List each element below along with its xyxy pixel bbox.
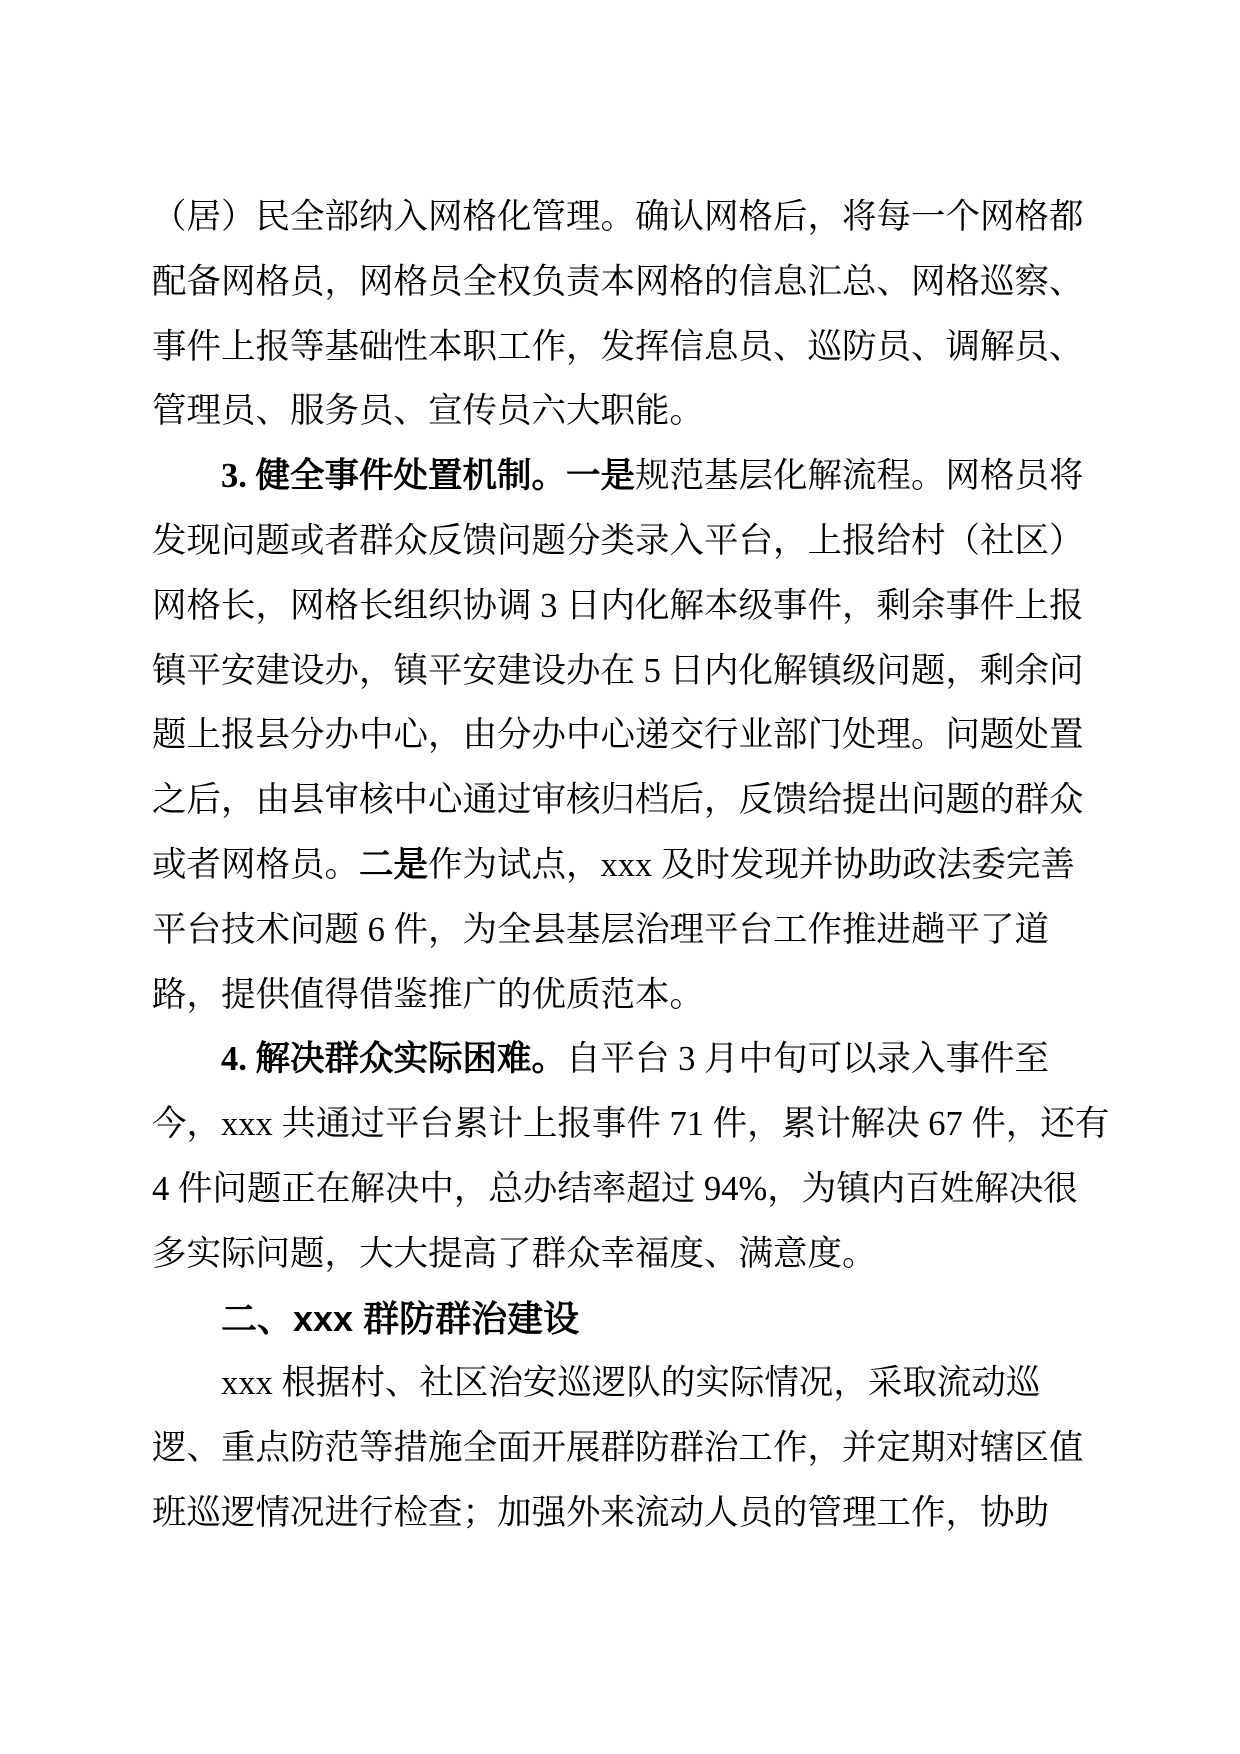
text-line: 镇平安建设办，镇平安建设办在 5 日内化解镇级问题，剩余问 [152,639,1092,704]
text-line: 4 件问题正在解决中，总办结率超过 94%，为镇内百姓解决很 [152,1157,1092,1222]
text-line: 平台技术问题 6 件，为全县基层治理平台工作推进趟平了道 [152,898,1092,963]
text-run: 管理员、服务员、宣传员六大职能。 [152,392,704,430]
text-line: 事件上报等基础性本职工作，发挥信息员、巡防员、调解员、 [152,315,1092,380]
text-line: 管理员、服务员、宣传员六大职能。 [152,379,1092,444]
section-heading-2: 二、xxx 群防群治建设 [152,1287,1092,1352]
text-run: 规范基层化解流程。网格员将 [635,457,1084,495]
text-run: 发现问题或者群众反馈问题分类录入平台，上报给村（社区） [152,522,1084,560]
text-run: 平台技术问题 6 件，为全县基层治理平台工作推进趟平了道 [152,911,1049,949]
text-run: 配备网格员，网格员全权负责本网格的信息汇总、网格巡察、 [152,263,1084,301]
document-page: （居）民全部纳入网格化管理。确认网格后，将每一个网格都配备网格员，网格员全权负责… [0,0,1240,1754]
paragraph-grid-management: （居）民全部纳入网格化管理。确认网格后，将每一个网格都配备网格员，网格员全权负责… [152,185,1092,444]
text-run: xxx 根据村、社区治安巡逻队的实际情况，采取流动巡 [221,1364,1040,1402]
text-run: 作为试点，xxx 及时发现并协助政法委完善 [428,846,1075,884]
text-run: 之后，由县审核中心通过审核归档后，反馈给提出问题的群众 [152,781,1084,819]
text-line: xxx 根据村、社区治安巡逻队的实际情况，采取流动巡 [152,1351,1092,1416]
text-run: 自平台 3 月中旬可以录入事件至 [566,1040,1049,1078]
text-run: 4 件问题正在解决中，总办结率超过 94%，为镇内百姓解决很 [152,1170,1078,1208]
text-line: 二、xxx 群防群治建设 [152,1287,1092,1352]
paragraph-patrol-defense: xxx 根据村、社区治安巡逻队的实际情况，采取流动巡逻、重点防范等措施全面开展群… [152,1351,1092,1545]
text-line: 多实际问题，大大提高了群众幸福度、满意度。 [152,1222,1092,1287]
text-line: 今，xxx 共通过平台累计上报事件 71 件，累计解决 67 件，还有 [152,1092,1092,1157]
text-run: （居）民全部纳入网格化管理。确认网格后，将每一个网格都 [152,198,1084,236]
text-line: 4. 解决群众实际困难。自平台 3 月中旬可以录入事件至 [152,1027,1092,1092]
text-line: 配备网格员，网格员全权负责本网格的信息汇总、网格巡察、 [152,250,1092,315]
text-line: 之后，由县审核中心通过审核归档后，反馈给提出问题的群众 [152,768,1092,833]
text-run: 今，xxx 共通过平台累计上报事件 71 件，累计解决 67 件，还有 [152,1105,1109,1143]
bold-run: 3. 健全事件处置机制。 [221,457,566,495]
paragraph-4-solving-difficulties: 4. 解决群众实际困难。自平台 3 月中旬可以录入事件至今，xxx 共通过平台累… [152,1027,1092,1286]
text-line: 路，提供值得借鉴推广的优质范本。 [152,963,1092,1028]
text-line: 网格长，网格长组织协调 3 日内化解本级事件，剩余事件上报 [152,574,1092,639]
text-line: 3. 健全事件处置机制。一是规范基层化解流程。网格员将 [152,444,1092,509]
text-run: 网格长，网格长组织协调 3 日内化解本级事件，剩余事件上报 [152,587,1084,625]
text-run: 事件上报等基础性本职工作，发挥信息员、巡防员、调解员、 [152,328,1084,366]
section-heading-text: 二、xxx 群防群治建设 [221,1298,579,1339]
text-line: （居）民全部纳入网格化管理。确认网格后，将每一个网格都 [152,185,1092,250]
text-line: 题上报县分办中心，由分办中心递交行业部门处理。问题处置 [152,703,1092,768]
text-run: 班巡逻情况进行检查；加强外来流动人员的管理工作，协助 [152,1494,1049,1532]
text-line: 逻、重点防范等措施全面开展群防群治工作，并定期对辖区值 [152,1416,1092,1481]
bold-run: 4. 解决群众实际困难。 [221,1040,566,1078]
paragraph-3-event-handling-mechanism: 3. 健全事件处置机制。一是规范基层化解流程。网格员将发现问题或者群众反馈问题分… [152,444,1092,1027]
text-run: 多实际问题，大大提高了群众幸福度、满意度。 [152,1235,877,1273]
text-run: 镇平安建设办，镇平安建设办在 5 日内化解镇级问题，剩余问 [152,652,1084,690]
text-line: 发现问题或者群众反馈问题分类录入平台，上报给村（社区） [152,509,1092,574]
text-line: 班巡逻情况进行检查；加强外来流动人员的管理工作，协助 [152,1481,1092,1546]
text-run: 或者网格员。 [152,846,359,884]
document-content: （居）民全部纳入网格化管理。确认网格后，将每一个网格都配备网格员，网格员全权负责… [152,185,1092,1546]
text-line: 或者网格员。二是作为试点，xxx 及时发现并协助政法委完善 [152,833,1092,898]
text-run: 题上报县分办中心，由分办中心递交行业部门处理。问题处置 [152,716,1084,754]
text-run: 逻、重点防范等措施全面开展群防群治工作，并定期对辖区值 [152,1429,1084,1467]
text-run: 路，提供值得借鉴推广的优质范本。 [152,976,704,1014]
bold-run: 二是 [359,846,428,884]
bold-run: 一是 [566,457,635,495]
